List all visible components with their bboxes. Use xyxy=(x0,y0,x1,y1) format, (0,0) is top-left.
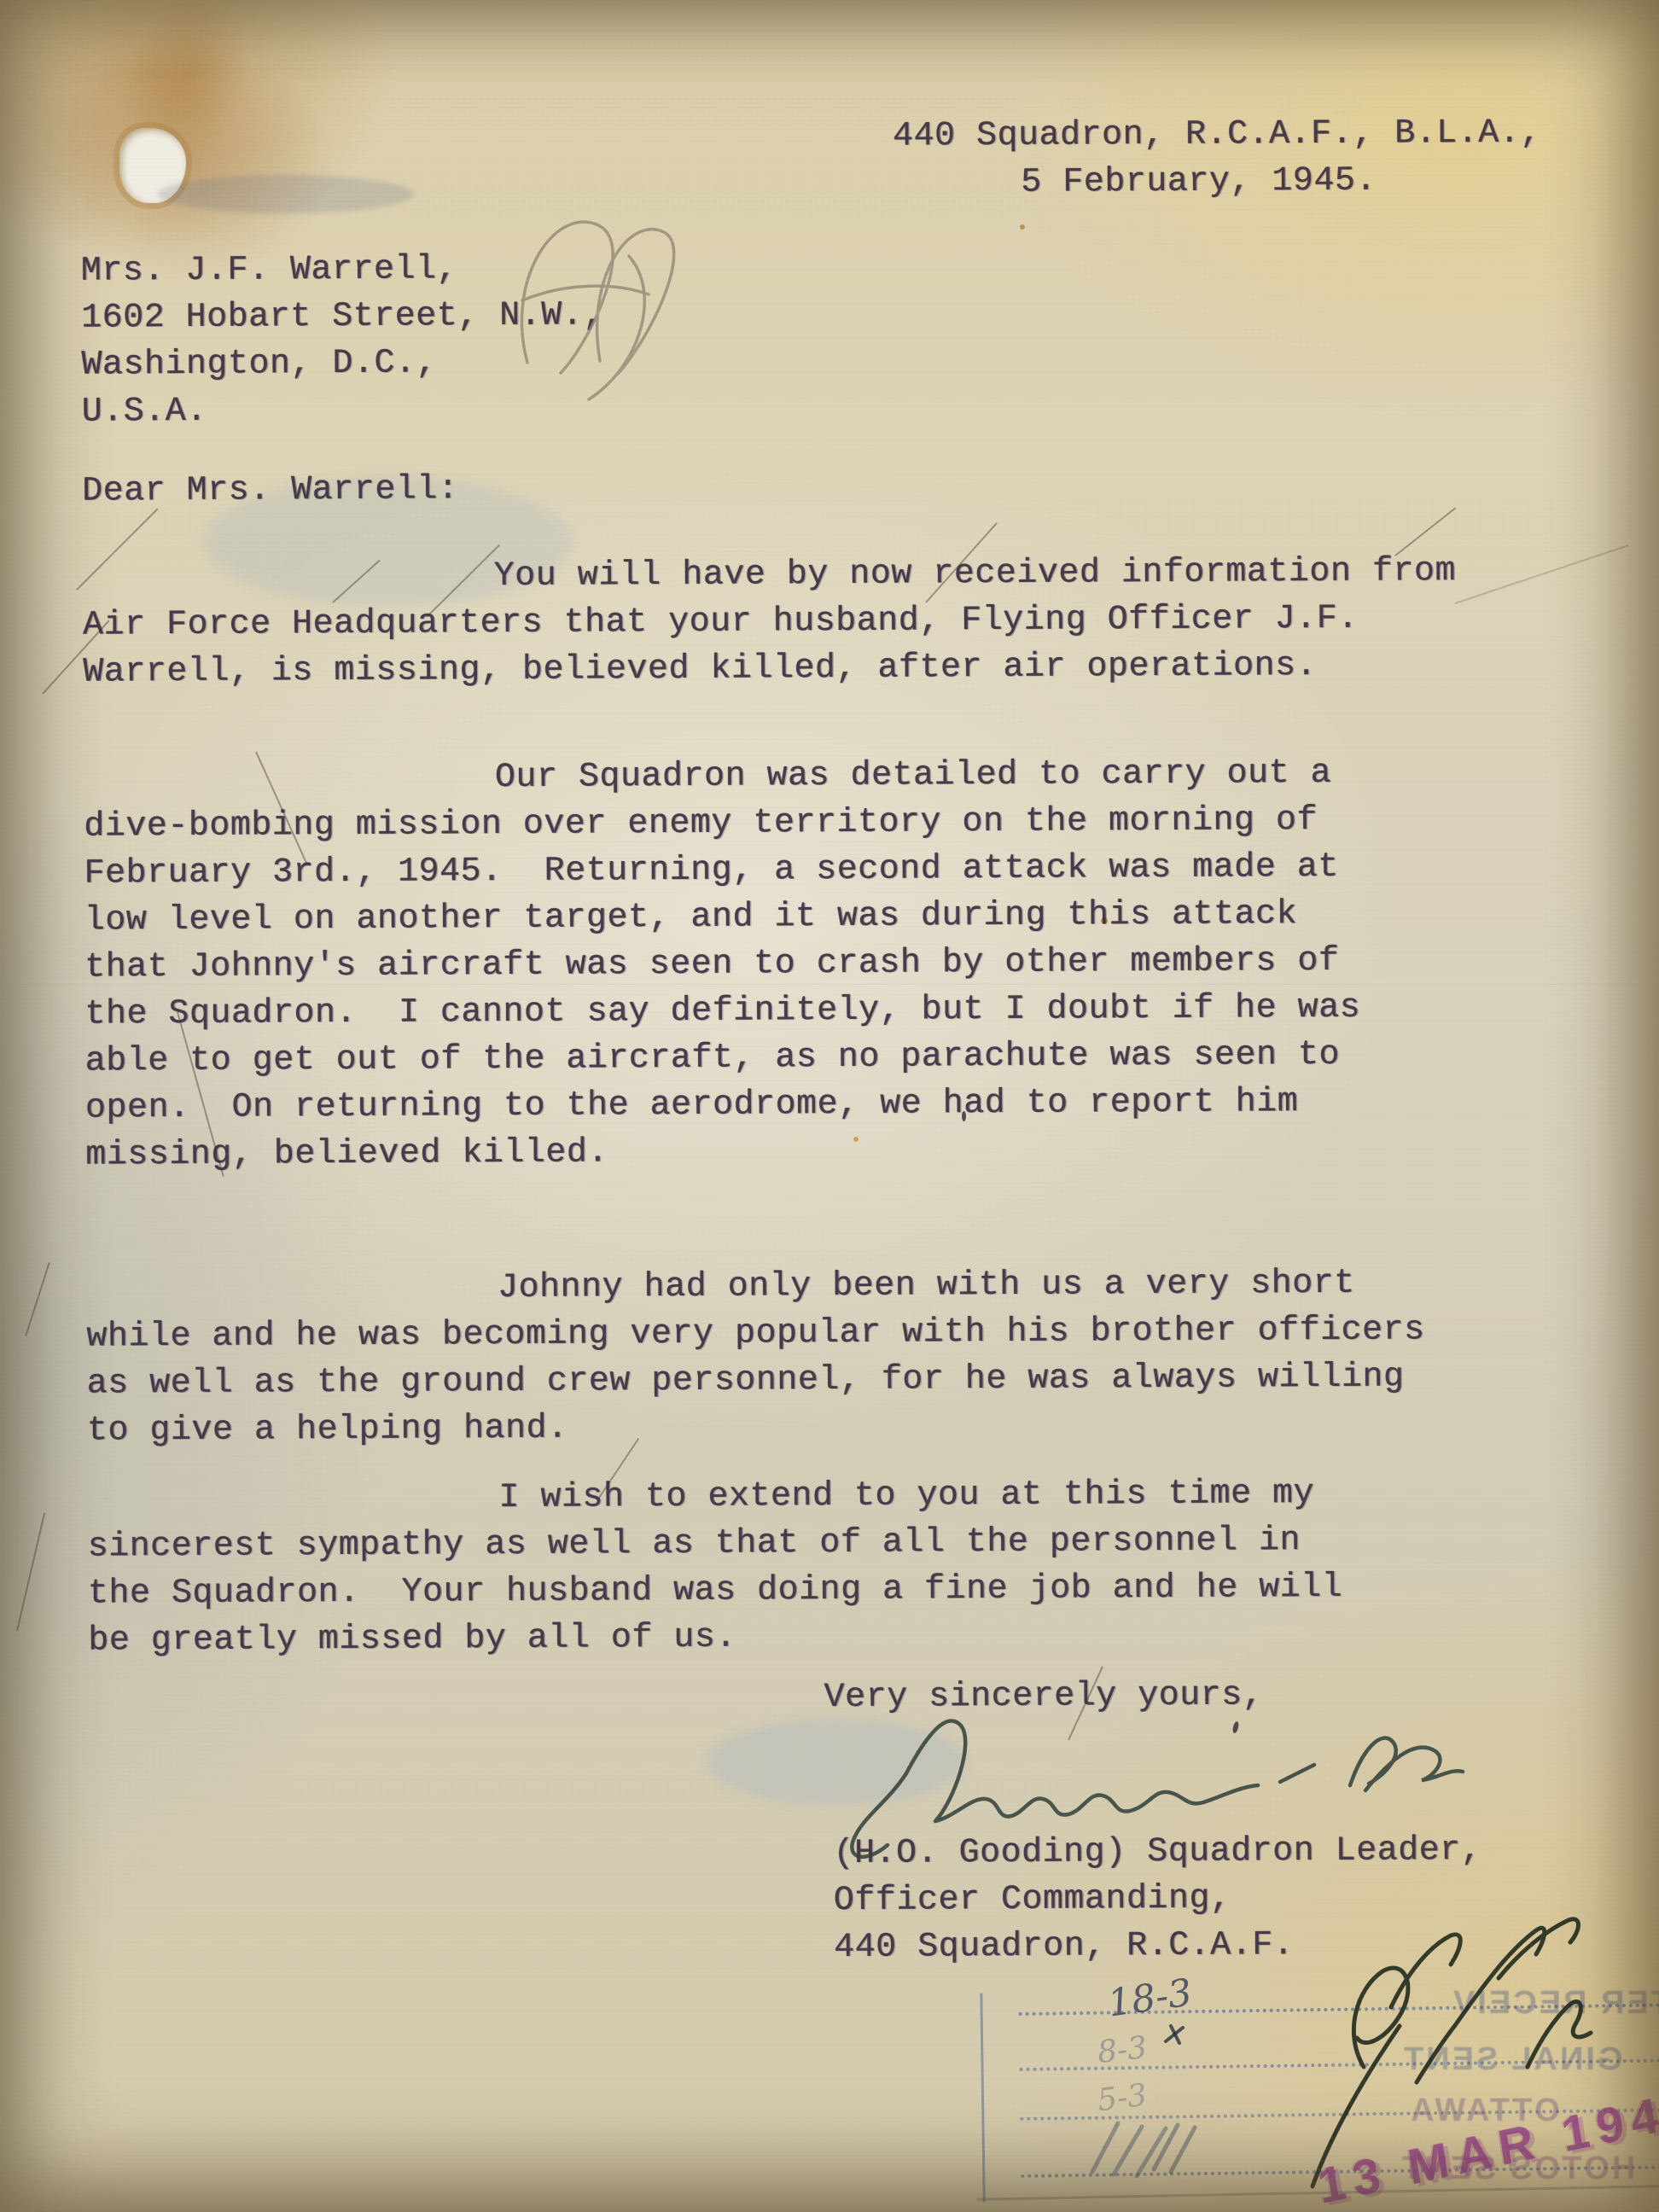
letterhead-unit-line: 440 Squadron, R.C.A.F., B.L.A., xyxy=(893,110,1541,160)
recipient-country: U.S.A. xyxy=(82,386,605,435)
valediction: Very sincerely yours, xyxy=(824,1672,1263,1721)
body-line: that Johnny's aircraft was seen to crash… xyxy=(84,938,1360,992)
body-line: Johnny had only been with us a very shor… xyxy=(86,1260,1425,1313)
body-line: I wish to extend to you at this time my xyxy=(87,1470,1342,1524)
body-line: while and he was becoming very popular w… xyxy=(86,1307,1425,1360)
letter-text-layer: 440 Squadron, R.C.A.F., B.L.A., 5 Februa… xyxy=(0,0,1659,2212)
recipient-city: Washington, D.C., xyxy=(81,339,604,388)
mirrored-stamp-label: TTER RECEIV xyxy=(1451,1985,1659,2022)
paragraph-4: I wish to extend to you at this time my … xyxy=(87,1470,1342,1665)
body-line: to give a helping hand. xyxy=(87,1400,1426,1454)
signature-block-typed: (H.O. Gooding) Squadron Leader, Officer … xyxy=(833,1827,1481,1971)
body-line: February 3rd., 1945. Returning, a second… xyxy=(84,844,1359,898)
salutation-line: Dear Mrs. Warrell: xyxy=(82,466,458,515)
body-line: sincerest sympathy as well as that of al… xyxy=(88,1517,1343,1571)
handwritten-date-mark: 5-3 xyxy=(1096,2078,1150,2119)
body-line: able to get out of the aircraft, as no p… xyxy=(85,1032,1361,1086)
paragraph-2: Our Squadron was detailed to carry out a… xyxy=(84,750,1361,1179)
body-line: You will have by now received informatio… xyxy=(83,548,1456,602)
recipient-name: Mrs. J.F. Warrell, xyxy=(81,245,604,294)
salutation: Dear Mrs. Warrell: xyxy=(82,466,458,515)
body-line: be greatly missed by all of us. xyxy=(88,1611,1343,1665)
valediction-line: Very sincerely yours, xyxy=(824,1672,1263,1721)
paragraph-3: Johnny had only been with us a very shor… xyxy=(86,1260,1425,1454)
typed-signature-unit: 440 Squadron, R.C.A.F. xyxy=(834,1921,1482,1971)
body-line: Air Force Headquarters that your husband… xyxy=(83,595,1456,649)
letterhead-date-line: 5 February, 1945. xyxy=(893,157,1541,207)
paragraph-1: You will have by now received informatio… xyxy=(83,548,1457,696)
body-line: the Squadron. I cannot say definitely, b… xyxy=(84,985,1360,1039)
recipient-street: 1602 Hobart Street, N.W., xyxy=(81,292,604,341)
mirrored-stamp-label: GINAL SENT xyxy=(1401,2041,1622,2078)
typed-signature-name: (H.O. Gooding) Squadron Leader, xyxy=(833,1827,1481,1877)
letter-scan-page: 440 Squadron, R.C.A.F., B.L.A., 5 Februa… xyxy=(0,0,1659,2212)
body-line: Warrell, is missing, believed killed, af… xyxy=(83,642,1456,696)
handwritten-date-mark: 8-3 xyxy=(1096,2030,1149,2070)
body-line: missing, believed killed. xyxy=(85,1126,1361,1179)
body-line: as well as the ground crew personnel, fo… xyxy=(87,1353,1426,1407)
body-line: dive-bombing mission over enemy territor… xyxy=(84,797,1359,851)
body-line: the Squadron. Your husband was doing a f… xyxy=(88,1564,1343,1618)
body-line: low level on another target, and it was … xyxy=(84,891,1360,945)
body-line: open. On returning to the aerodrome, we … xyxy=(85,1079,1361,1132)
body-line: Our Squadron was detailed to carry out a xyxy=(84,750,1359,804)
typed-signature-title: Officer Commanding, xyxy=(834,1874,1482,1924)
recipient-address: Mrs. J.F. Warrell, 1602 Hobart Street, N… xyxy=(81,245,605,435)
letterhead: 440 Squadron, R.C.A.F., B.L.A., 5 Februa… xyxy=(893,110,1541,207)
